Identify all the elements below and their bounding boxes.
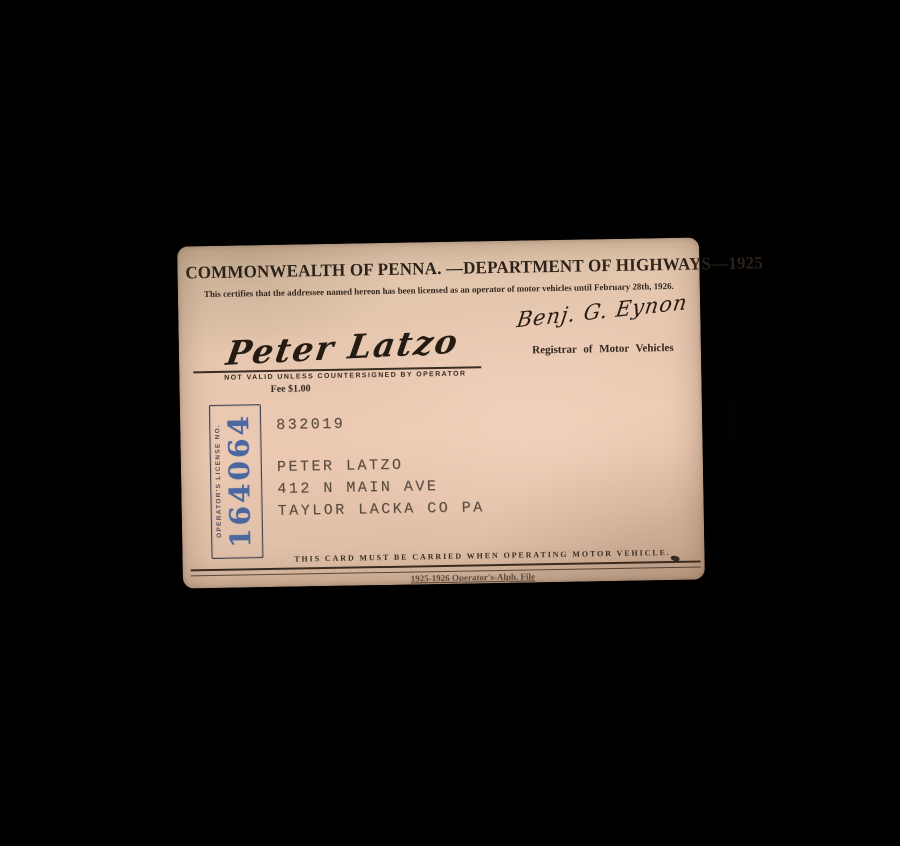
license-number-stamp: OPERATOR'S LICENSE NO. 164064 (209, 404, 262, 557)
typed-license-number: 832019 (276, 416, 345, 434)
photo-background: COMMONWEALTH OF PENNA. —DEPARTMENT OF HI… (0, 0, 900, 846)
holder-address-block: PETER LATZO 412 N MAIN AVE TAYLOR LACKA … (277, 453, 485, 523)
license-number-value: 164064 (221, 413, 256, 548)
card-title: COMMONWEALTH OF PENNA. —DEPARTMENT OF HI… (185, 254, 692, 284)
registrar-signature: Benj. G. Eynon (511, 290, 693, 333)
registrar-title: Registrar of Motor Vehicles (513, 342, 693, 357)
holder-city: TAYLOR LACKA CO PA (278, 497, 485, 523)
certification-text: This certifies that the addressee named … (190, 281, 687, 300)
fee-text: Fee $1.00 (240, 383, 340, 396)
license-card: COMMONWEALTH OF PENNA. —DEPARTMENT OF HI… (177, 237, 705, 588)
